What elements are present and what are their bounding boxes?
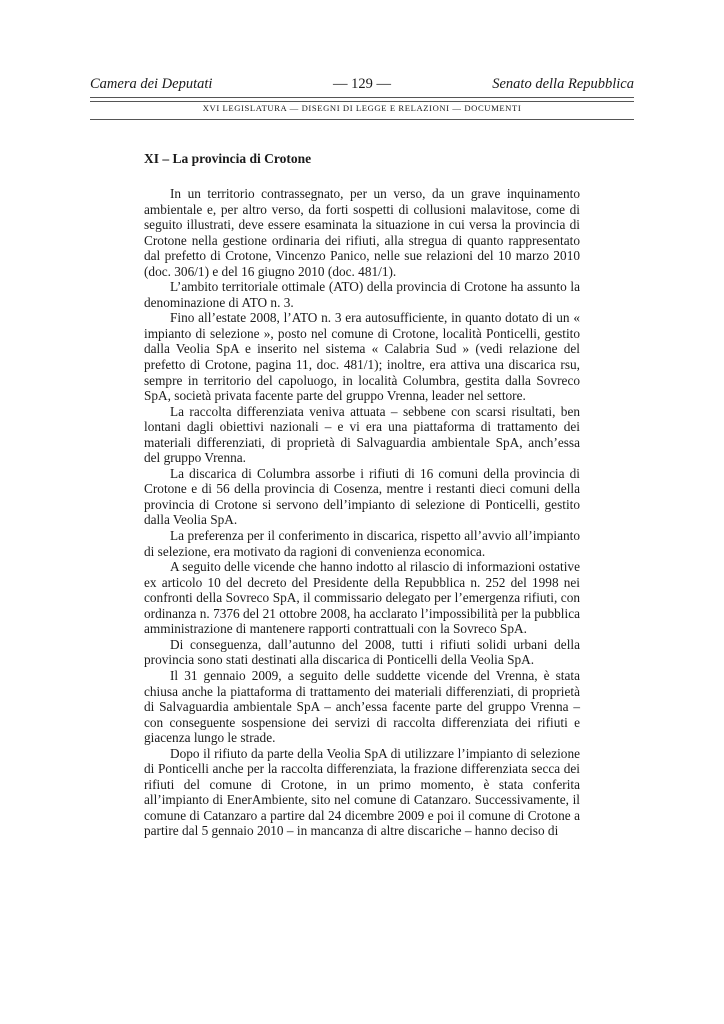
header-rule: [90, 119, 634, 120]
paragraph: La preferenza per il conferimento in dis…: [144, 528, 580, 559]
body-text: In un territorio contrassegnato, per un …: [144, 186, 580, 839]
paragraph: In un territorio contrassegnato, per un …: [144, 186, 580, 279]
header-senate-name: Senato della Repubblica: [492, 76, 634, 93]
paragraph: Dopo il rifiuto da parte della Veolia Sp…: [144, 746, 580, 839]
section-title: XI – La provincia di Crotone: [144, 151, 311, 167]
page-header: Camera dei Deputati — 129 — Senato della…: [90, 76, 634, 98]
paragraph: L’ambito territoriale ottimale (ATO) del…: [144, 279, 580, 310]
paragraph: Fino all’estate 2008, l’ATO n. 3 era aut…: [144, 310, 580, 403]
paragraph: La raccolta differenziata veniva attuata…: [144, 404, 580, 466]
header-double-rule: [90, 97, 634, 102]
paragraph: A seguito delle vicende che hanno indott…: [144, 559, 580, 637]
paragraph: La discarica di Columbra assorbe i rifiu…: [144, 466, 580, 528]
legislature-subheader: XVI LEGISLATURA — DISEGNI DI LEGGE E REL…: [90, 103, 634, 113]
paragraph: Di conseguenza, dall’autunno del 2008, t…: [144, 637, 580, 668]
paragraph: Il 31 gennaio 2009, a seguito delle sudd…: [144, 668, 580, 746]
